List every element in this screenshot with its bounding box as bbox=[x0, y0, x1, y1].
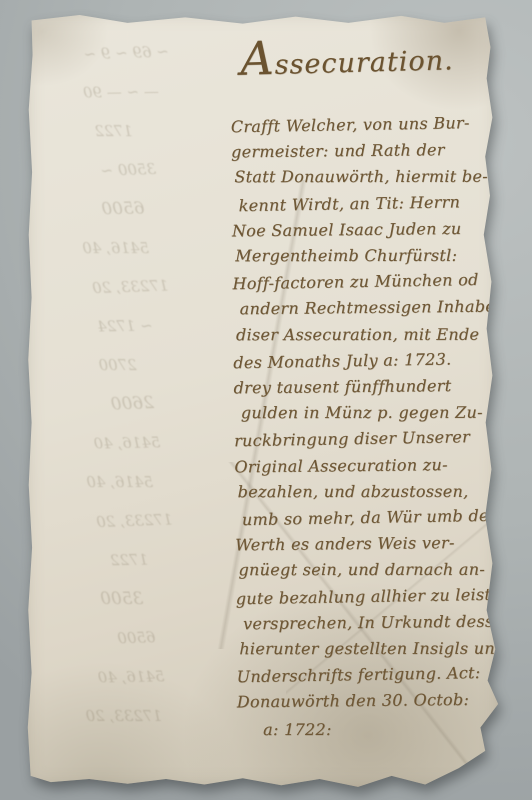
manuscript-line: bezahlen, und abzustossen, bbox=[238, 479, 497, 506]
bleedthrough-line: 17233, 20 bbox=[32, 264, 229, 310]
manuscript-line: drey tausent fünffhundert bbox=[233, 373, 495, 402]
manuscript-line: kennt Wirdt, an Tit: Herrn bbox=[238, 188, 493, 219]
bleedthrough-line: 2700 bbox=[20, 346, 216, 385]
bleedthrough-line: 3500 bbox=[24, 580, 220, 619]
bleedthrough-line: 6500 bbox=[38, 615, 235, 661]
manuscript-line: Donauwörth den 30. Octob: bbox=[237, 687, 499, 716]
document-body: Crafft Welcher, von uns Bur-germeister: … bbox=[231, 111, 500, 745]
manuscript-line: gute bezahlung allhier zu leisten bbox=[236, 581, 498, 612]
bleedthrough-line: 3500 ~ bbox=[30, 147, 227, 193]
manuscript-line: Mergentheimb Churfürstl: bbox=[235, 243, 494, 270]
manuscript-line: a: 1722: bbox=[263, 716, 499, 743]
manuscript-line: Crafft Welcher, von uns Bur- bbox=[231, 110, 493, 141]
manuscript-line: germeister: und Rath der bbox=[231, 137, 493, 166]
manuscript-line: Hoff-factoren zu München od bbox=[232, 267, 494, 298]
bleedthrough-line: 2600 bbox=[34, 381, 231, 427]
manuscript-line: versprechen, In Urkundt dessen bbox=[243, 608, 498, 637]
manuscript-line: Noe Samuel Isaac Juden zu bbox=[232, 215, 494, 244]
bleedthrough-line: 17233, 20 bbox=[36, 498, 233, 544]
manuscript-line: Werth es anders Weis ver- bbox=[235, 530, 497, 559]
manuscript-line: umb so mehr, da Wür umb den bbox=[242, 503, 497, 534]
bleedthrough-line: 1722 bbox=[31, 539, 228, 581]
photo-backdrop: ~ 69 ~ 9 ~— ~ — 9017223500 ~65005416, 40… bbox=[0, 0, 532, 800]
bleedthrough-line: 5416, 40 bbox=[33, 656, 230, 698]
bleedthrough-line: — ~ — 90 bbox=[23, 71, 220, 113]
paper-shadow-wrap: ~ 69 ~ 9 ~— ~ — 9017223500 ~65005416, 40… bbox=[22, 8, 502, 790]
manuscript-line: Original Assecuration zu- bbox=[234, 451, 496, 480]
manuscript-page: ~ 69 ~ 9 ~— ~ — 9017223500 ~65005416, 40… bbox=[22, 8, 502, 790]
manuscript-line: Statt Donauwörth, hiermit be- bbox=[234, 164, 493, 191]
bleedthrough-line: 5416, 40 bbox=[18, 229, 214, 268]
manuscript-line: Underschrifts fertigung. Act: bbox=[236, 660, 498, 691]
ink-bleedthrough-column: ~ 69 ~ 9 ~— ~ — 9017223500 ~65005416, 40… bbox=[22, 32, 230, 737]
bleedthrough-line: 6500 bbox=[25, 188, 222, 230]
bleedthrough-line: ~ 1724 bbox=[27, 305, 224, 347]
bleedthrough-line: ~ 69 ~ 9 ~ bbox=[28, 30, 225, 76]
bleedthrough-line: 5416, 40 bbox=[22, 463, 218, 502]
manuscript-line: ruckbringung diser Unserer bbox=[234, 424, 496, 455]
bleedthrough-line: 17233, 20 bbox=[26, 697, 222, 736]
document-title: Assecuration. bbox=[212, 42, 483, 82]
manuscript-line: des Monaths July a: 1723. bbox=[233, 346, 495, 377]
manuscript-line: diser Assecuration, mit Ende bbox=[236, 321, 495, 348]
manuscript-line: gulden in Münz p. gegen Zu- bbox=[241, 400, 496, 427]
bleedthrough-line: 1722 bbox=[16, 112, 212, 151]
manuscript-line: gnüegt sein, und darnach an- bbox=[238, 557, 497, 584]
manuscript-line: andern Rechtmessigen Inhabern bbox=[240, 294, 495, 323]
bleedthrough-line: 5416, 40 bbox=[29, 422, 226, 464]
manuscript-line: hierunter gestellten Insigls und bbox=[239, 636, 498, 663]
